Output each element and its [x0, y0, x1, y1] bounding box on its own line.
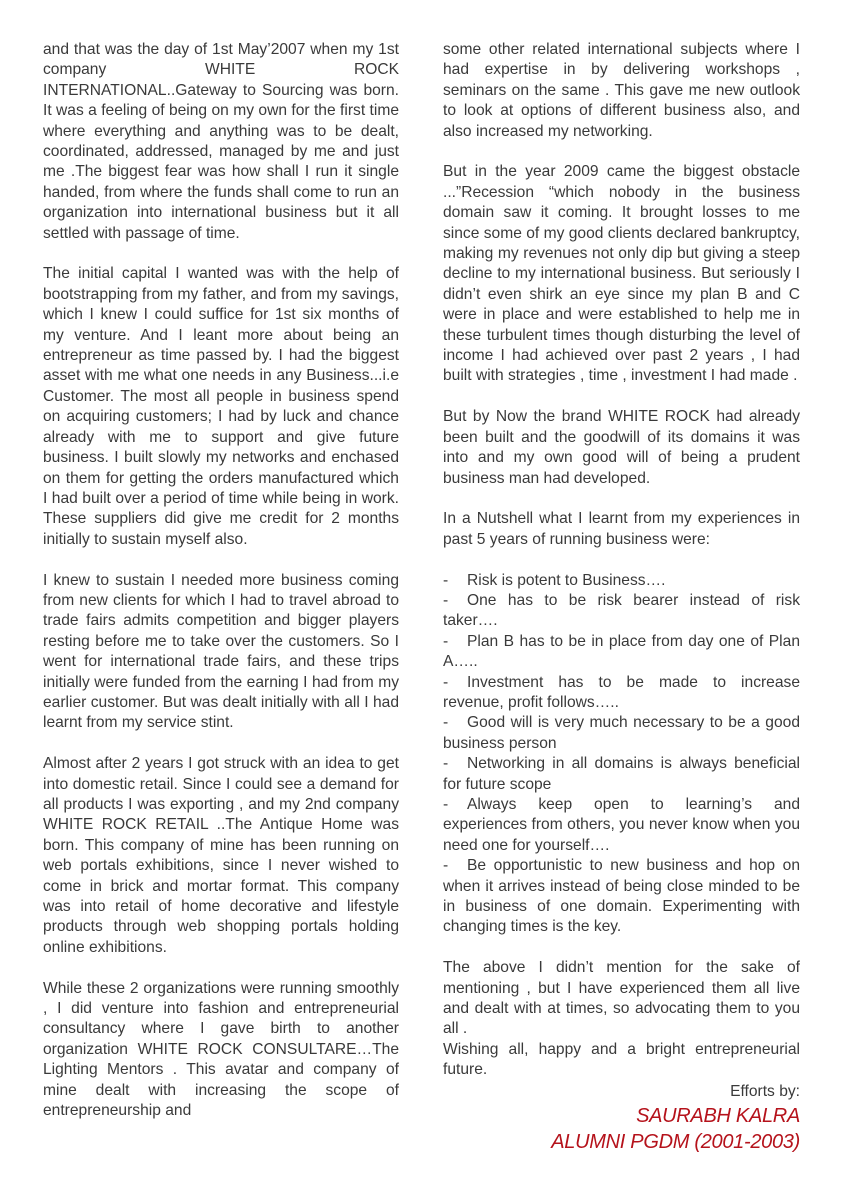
list-item: -Investment has to be made to increase r… — [443, 673, 800, 714]
credits-label: Efforts by: — [443, 1081, 800, 1103]
lessons-list: -Risk is potent to Business…. -One has t… — [443, 571, 800, 938]
left-column: and that was the day of 1st May’2007 whe… — [43, 40, 399, 1121]
list-item: -Risk is potent to Business…. — [443, 571, 800, 591]
paragraph-recession: But in the year 2009 came the biggest ob… — [443, 162, 800, 386]
author-affiliation: ALUMNI PGDM (2001-2003) — [443, 1129, 800, 1155]
dash-bullet-icon: - — [443, 591, 467, 611]
paragraph-closing: The above I didn’t mention for the sake … — [443, 958, 800, 1040]
list-item: -Networking in all domains is always ben… — [443, 754, 800, 795]
paragraph-founding: and that was the day of 1st May’2007 whe… — [43, 40, 399, 244]
paragraph-initial-capital: The initial capital I wanted was with th… — [43, 264, 399, 550]
list-item: -Plan B has to be in place from day one … — [443, 632, 800, 673]
list-item: -Be opportunistic to new business and ho… — [443, 856, 800, 938]
paragraph-brand: But by Now the brand WHITE ROCK had alre… — [443, 407, 800, 489]
author-name: SAURABH KALRA — [443, 1103, 800, 1129]
paragraph-consultancy: While these 2 organizations were running… — [43, 979, 399, 1122]
paragraph-domestic-retail: Almost after 2 years I got struck with a… — [43, 754, 399, 958]
author-credits: Efforts by: SAURABH KALRA ALUMNI PGDM (2… — [443, 1081, 800, 1155]
dash-bullet-icon: - — [443, 795, 467, 815]
dash-bullet-icon: - — [443, 673, 467, 693]
dash-bullet-icon: - — [443, 713, 467, 733]
list-item: -Good will is very much necessary to be … — [443, 713, 800, 754]
list-item: -One has to be risk bearer instead of ri… — [443, 591, 800, 632]
paragraph-workshops: some other related international subject… — [443, 40, 800, 142]
paragraph-trade-fairs: I knew to sustain I needed more business… — [43, 571, 399, 734]
list-item: -Always keep open to learning’s and expe… — [443, 795, 800, 856]
paragraph-nutshell: In a Nutshell what I learnt from my expe… — [443, 509, 800, 550]
dash-bullet-icon: - — [443, 754, 467, 774]
paragraph-wishes: Wishing all, happy and a bright entrepre… — [443, 1040, 800, 1081]
dash-bullet-icon: - — [443, 571, 467, 591]
dash-bullet-icon: - — [443, 632, 467, 652]
dash-bullet-icon: - — [443, 856, 467, 876]
right-column: some other related international subject… — [443, 40, 800, 1155]
